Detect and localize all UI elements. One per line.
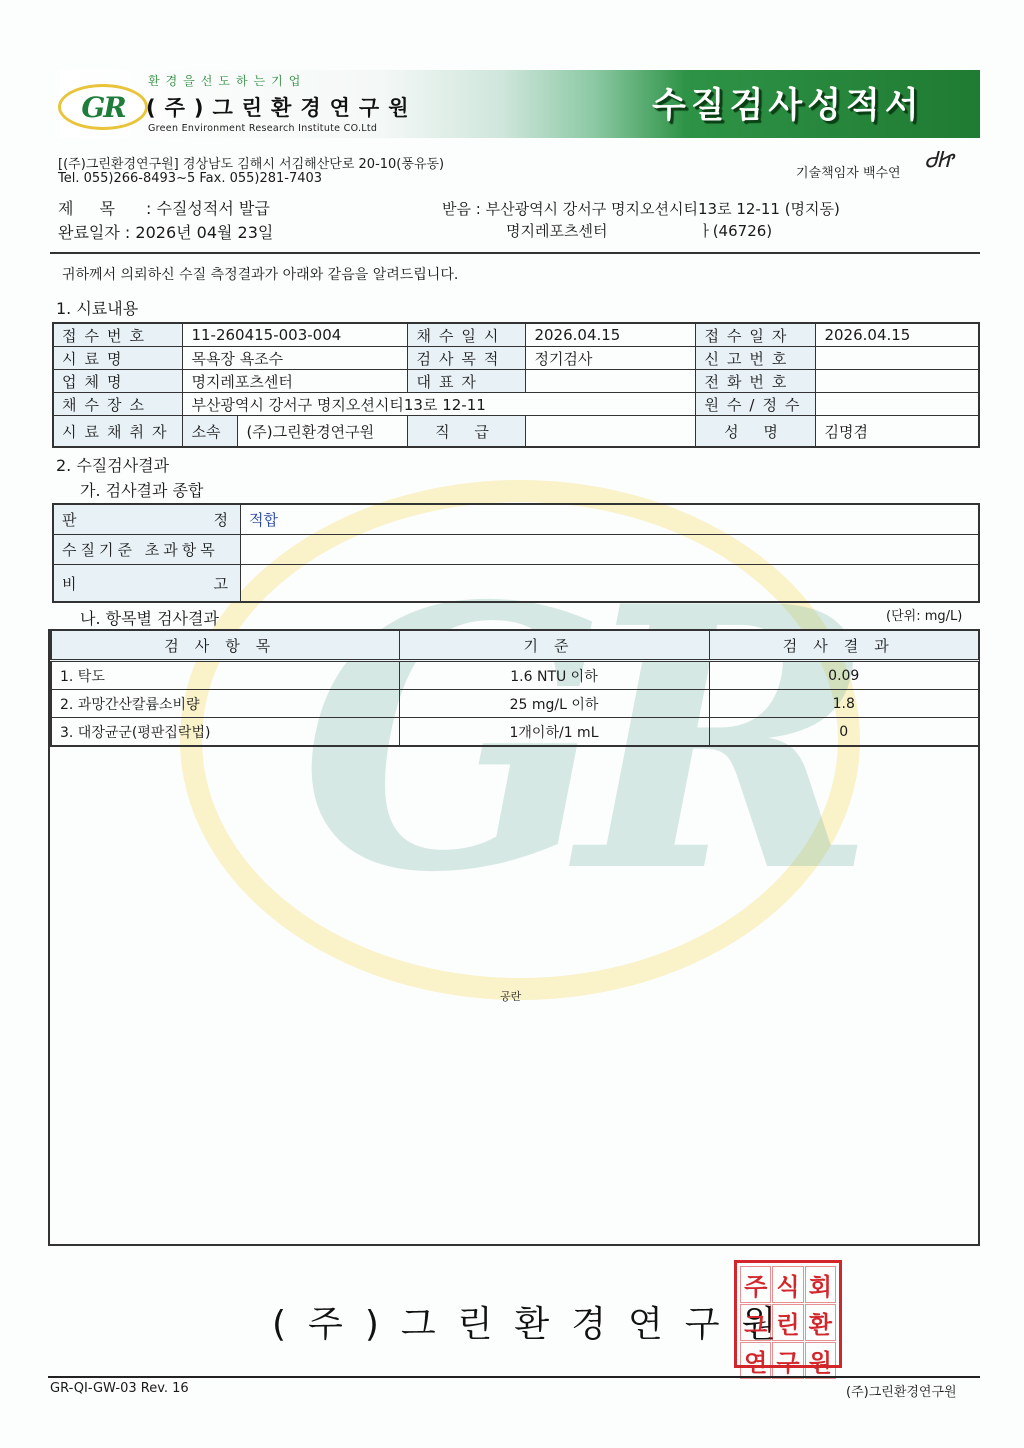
receipt-date-value: 2026.04.15 (816, 323, 979, 347)
logo-text: GR (81, 91, 124, 124)
rank-label: 직 급 (408, 416, 526, 448)
item-standard: 1개이하/1 mL (399, 718, 709, 747)
summary-title: 가. 검사결과 종합 (80, 478, 203, 501)
item-name: 3. 대장균군(평판집락법) (51, 718, 399, 747)
table-row: 시료채취자 소속 (주)그린환경연구원 직 급 성 명 김명겸 (53, 416, 979, 448)
receipt-no-value: 11-260415-003-004 (183, 323, 408, 347)
exceed-label: 수질기준 초과항목 (53, 535, 241, 565)
representative-value (526, 370, 696, 393)
seal-char: 연 (740, 1342, 771, 1379)
purpose-value: 정기검사 (526, 347, 696, 370)
item-standard: 1.6 NTU 이하 (399, 661, 709, 690)
company-seal: 주 식 회 그 린 환 연 구 원 (734, 1260, 842, 1368)
table-row: 시료명 목욕장 욕조수 검사목적 정기검사 신고번호 (53, 347, 979, 370)
company-logo: GR (58, 84, 148, 130)
remarks-value (241, 565, 980, 603)
sample-name-value: 목욕장 욕조수 (183, 347, 408, 370)
sampling-place-label: 채수장소 (53, 393, 183, 416)
slogan: 환경을선도하는기업 (148, 72, 306, 89)
table-row: 3. 대장균군(평판집락법) 1개이하/1 mL 0 (51, 718, 979, 747)
results-table: 검사항목 기준 검사결과 1. 탁도 1.6 NTU 이하 0.09 2. 과망… (50, 629, 980, 747)
table-row: 비고 (53, 565, 979, 603)
summary-table: 판정 적합 수질기준 초과항목 비고 (52, 503, 980, 603)
sampler-name-value: 김명겸 (816, 416, 979, 448)
document-title: 수질검사성적서 (652, 78, 924, 128)
completion-line: 완료일자 : 2026년 04월 23일 (58, 220, 273, 243)
phone-value (816, 370, 979, 393)
sampling-place-value: 부산광역시 강서구 명지오션시티13로 12-11 (183, 393, 696, 416)
representative-label: 대표자 (408, 370, 526, 393)
section1-title: 1. 시료내용 (56, 296, 138, 319)
purpose-label: 검사목적 (408, 347, 526, 370)
seal-char: 식 (772, 1266, 803, 1303)
sampler-label: 시료채취자 (53, 416, 183, 448)
report-no-value (816, 347, 979, 370)
company-name: (주)그린환경연구원 (146, 92, 417, 122)
seal-char: 주 (740, 1266, 771, 1303)
company-label: 업체명 (53, 370, 183, 393)
subject-value: : 수질성적서 발급 (146, 199, 270, 218)
table-row: 채수장소 부산광역시 강서구 명지오션시티13로 12-11 원수/정수 (53, 393, 979, 416)
verdict-label-a: 판 (62, 509, 81, 530)
recipient-zip: ㅏ(46726) (698, 222, 772, 240)
recipient-address: 부산광역시 강서구 명지오션시티13로 12-11 (명지동) (486, 200, 840, 218)
seal-char: 구 (772, 1342, 803, 1379)
seal-char: 그 (740, 1304, 771, 1341)
verdict-label-b: 정 (214, 509, 233, 530)
section2-title: 2. 수질검사결과 (56, 453, 169, 476)
rank-value (526, 416, 696, 448)
exceed-value (241, 535, 980, 565)
report-no-label: 신고번호 (696, 347, 816, 370)
footer-divider (48, 1376, 980, 1378)
item-standard: 25 mg/L 이하 (399, 690, 709, 718)
table-header: 검사항목 기준 검사결과 (51, 630, 979, 661)
completion-value: : 2026년 04월 23일 (125, 223, 273, 242)
seal-char: 환 (805, 1304, 836, 1341)
unit-label: (단위: mg/L) (886, 605, 962, 624)
footer-company-name: (주)그린환경연구원 (272, 1296, 798, 1347)
notice-text: 귀하께서 의뢰하신 수질 측정결과가 아래와 같음을 알려드립니다. (62, 264, 458, 284)
recipient-line-2: 명지레포츠센터 ㅏ(46726) (506, 220, 772, 241)
sampling-date-value: 2026.04.15 (526, 323, 696, 347)
sample-name-label: 시료명 (53, 347, 183, 370)
table-row: 2. 과망간산칼륨소비량 25 mg/L 이하 1.8 (51, 690, 979, 718)
company-value: 명지레포츠센터 (183, 370, 408, 393)
blank-mark: 공란 (500, 988, 521, 1004)
col-item: 검사항목 (51, 630, 399, 661)
recipient-label: 받음 : (442, 200, 481, 218)
item-name: 2. 과망간산칼륨소비량 (51, 690, 399, 718)
recipient-name: 명지레포츠센터 (506, 222, 607, 240)
signature: ᏧᏥ (925, 148, 953, 173)
sampler-name-label: 성 명 (696, 416, 816, 448)
items-title: 나. 항목별 검사결과 (80, 606, 219, 629)
technical-manager-name: 백수연 (863, 166, 901, 181)
subject-line: 제목 : 수질성적서 발급 (58, 196, 270, 219)
table-row: 수질기준 초과항목 (53, 535, 979, 565)
item-name: 1. 탁도 (51, 661, 399, 690)
technical-manager: 기술책임자 백수연 (796, 162, 901, 181)
company-name-en: Green Environment Research Institute CO.… (148, 123, 377, 134)
receipt-date-label: 접수일자 (696, 323, 816, 347)
verdict-value: 적합 (241, 504, 980, 535)
item-result: 0 (709, 718, 979, 747)
verdict-label: 판정 (53, 504, 241, 535)
item-result: 1.8 (709, 690, 979, 718)
divider (50, 252, 980, 254)
col-result: 검사결과 (709, 630, 979, 661)
sampling-date-label: 채수일시 (408, 323, 526, 347)
table-row: 업체명 명지레포츠센터 대표자 전화번호 (53, 370, 979, 393)
seal-char: 회 (805, 1266, 836, 1303)
seal-char: 린 (772, 1304, 803, 1341)
table-row: 1. 탁도 1.6 NTU 이하 0.09 (51, 661, 979, 690)
subject-label: 제목 (58, 199, 141, 218)
affiliation-label: 소속 (183, 416, 238, 448)
completion-label: 완료일자 (58, 223, 120, 242)
affiliation-value: (주)그린환경연구원 (238, 416, 408, 448)
sample-info-table: 접수번호 11-260415-003-004 채수일시 2026.04.15 접… (52, 322, 980, 448)
col-standard: 기준 (399, 630, 709, 661)
document-code: GR-QI-GW-03 Rev. 16 (50, 1381, 189, 1396)
water-type-label: 원수/정수 (696, 393, 816, 416)
remarks-label: 비고 (53, 565, 241, 603)
technical-manager-label: 기술책임자 (796, 166, 859, 181)
company-address: [(주)그린환경연구원] 경상남도 김해시 서김해산단로 20-10(풍유동) (58, 153, 444, 172)
remarks-label-a: 비 (62, 573, 81, 594)
footer-company-small: (주)그린환경연구원 (846, 1381, 957, 1400)
seal-char: 원 (805, 1342, 836, 1379)
table-row: 접수번호 11-260415-003-004 채수일시 2026.04.15 접… (53, 323, 979, 347)
remarks-label-b: 고 (214, 573, 233, 594)
receipt-no-label: 접수번호 (53, 323, 183, 347)
phone-label: 전화번호 (696, 370, 816, 393)
item-result: 0.09 (709, 661, 979, 690)
company-contact: Tel. 055)266-8493~5 Fax. 055)281-7403 (58, 171, 322, 186)
recipient-line: 받음 : 부산광역시 강서구 명지오션시티13로 12-11 (명지동) (442, 198, 840, 219)
water-type-value (816, 393, 979, 416)
table-row: 판정 적합 (53, 504, 979, 535)
